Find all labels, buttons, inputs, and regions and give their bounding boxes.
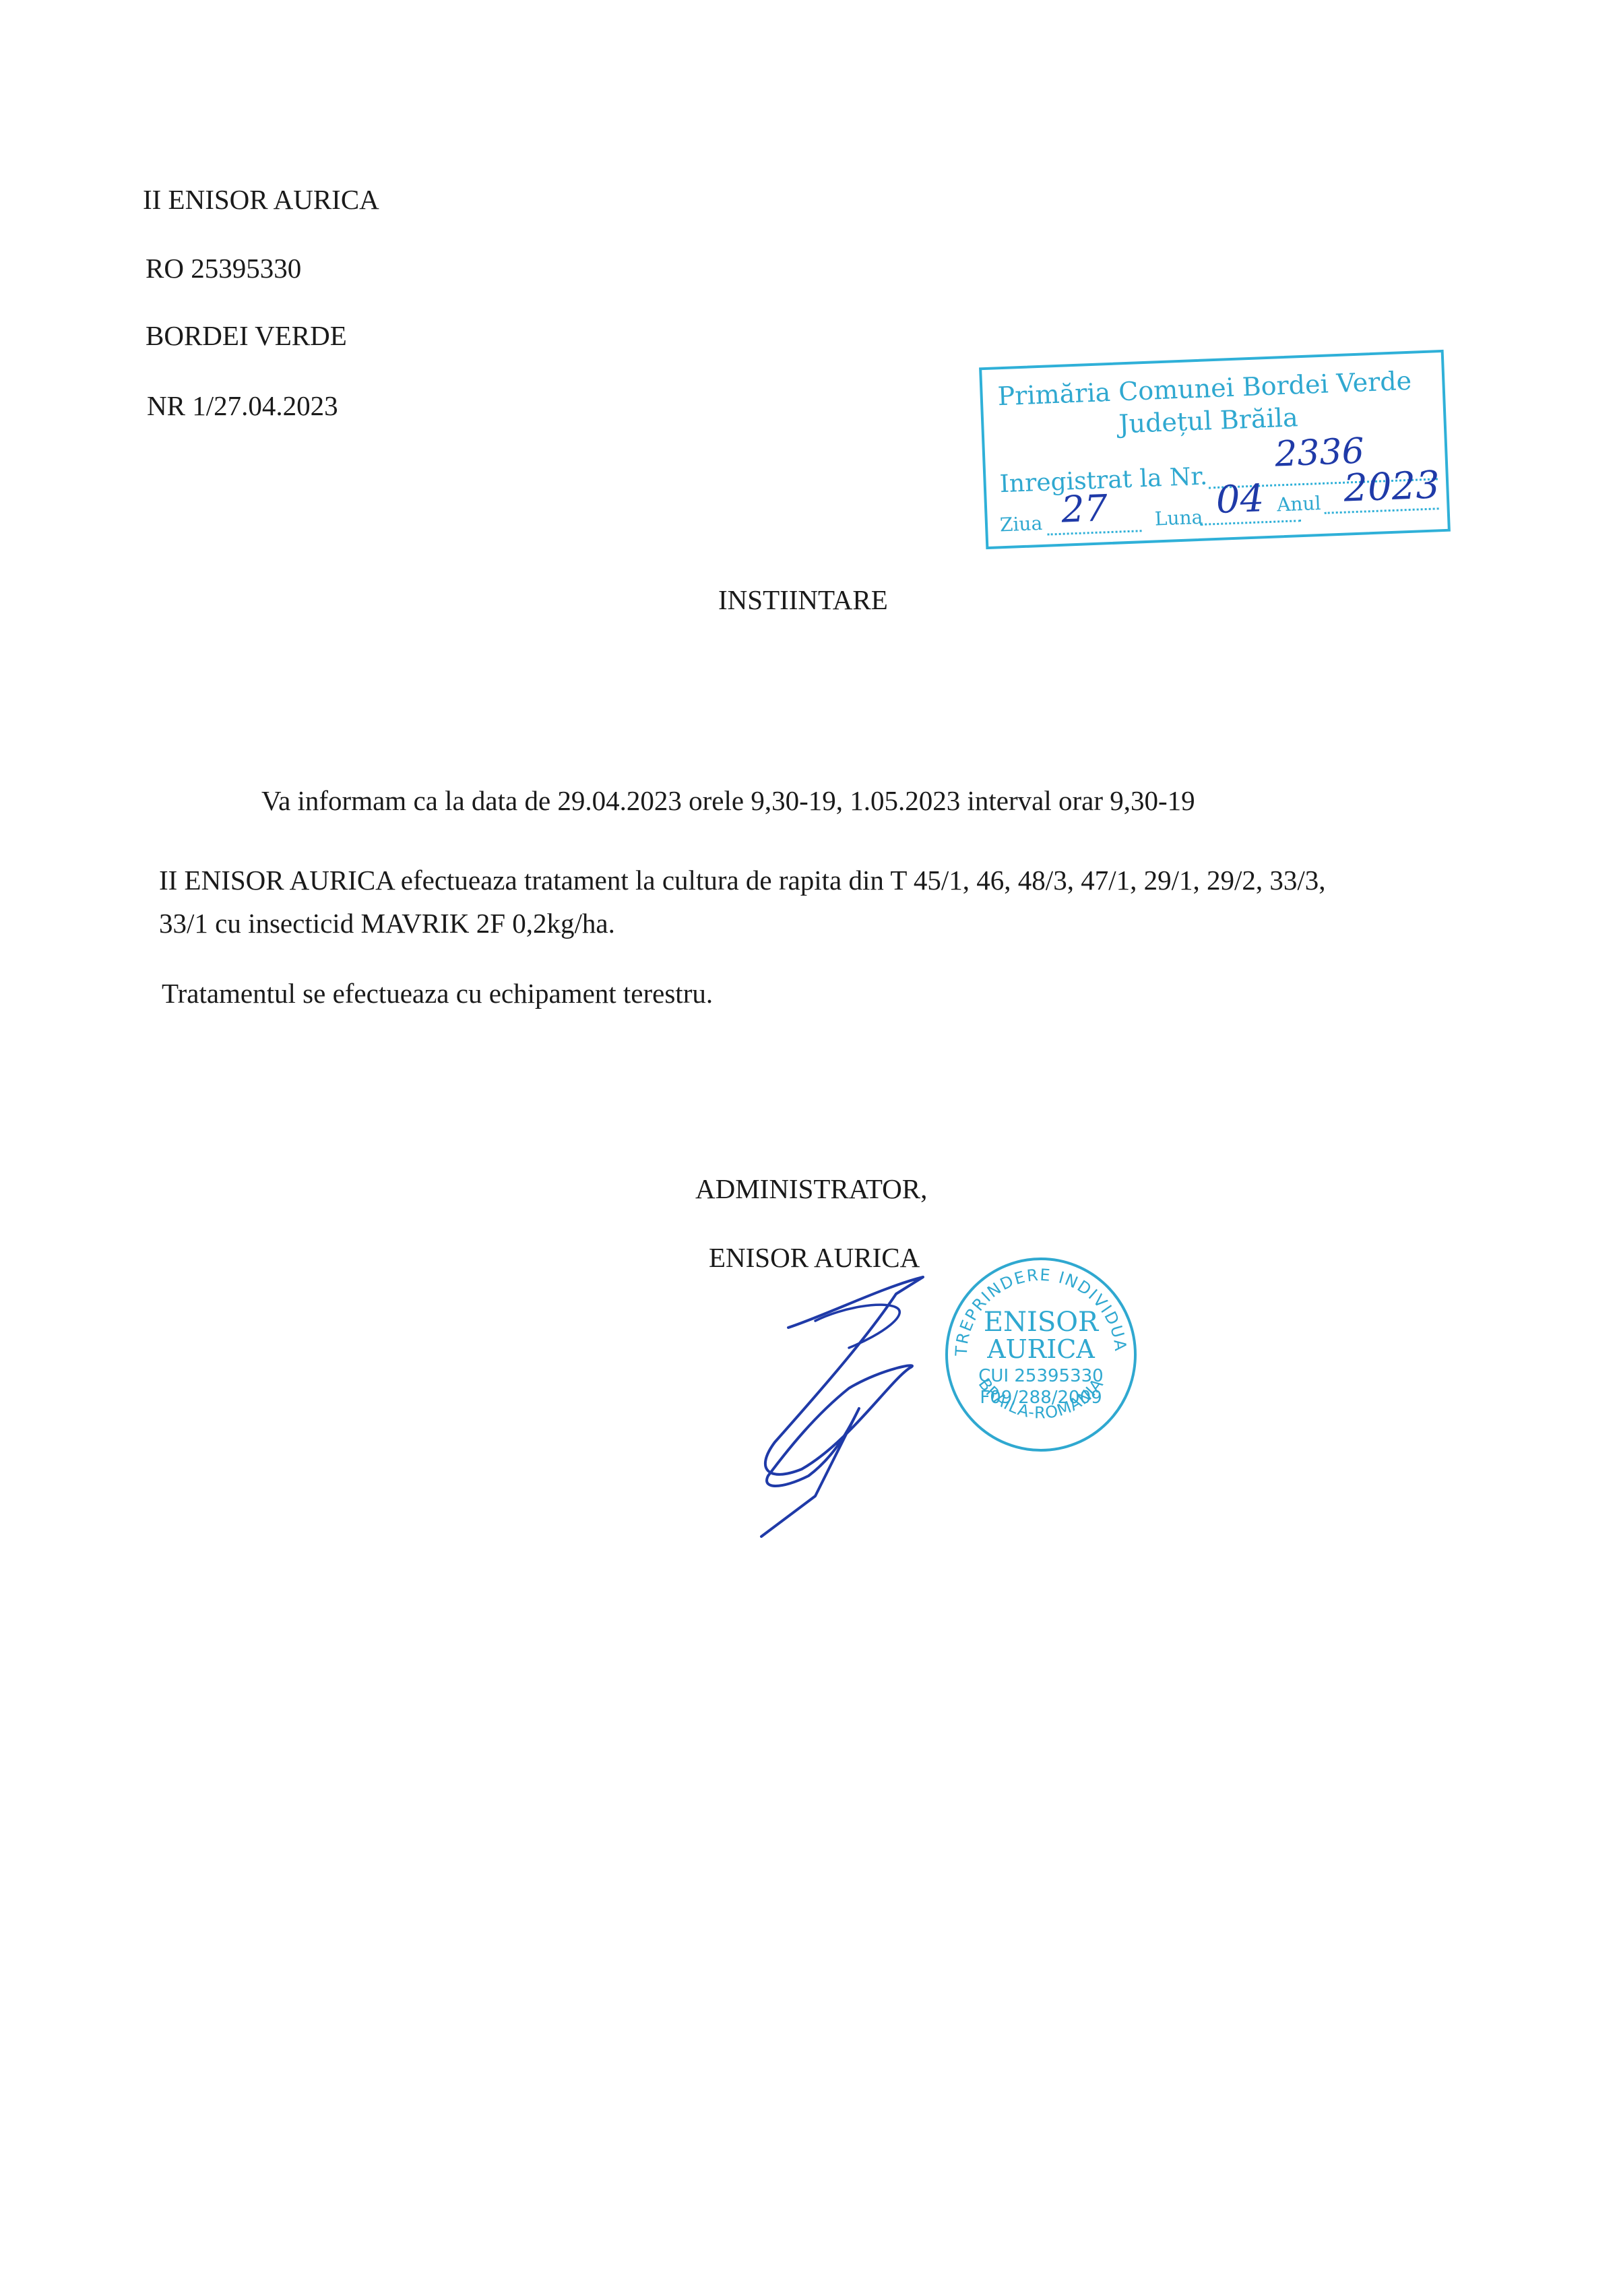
- signatory-role: ADMINISTRATOR,: [695, 1173, 927, 1205]
- body-paragraph-2-line-1: II ENISOR AURICA efectueaza tratament la…: [159, 864, 1326, 896]
- body-paragraph-1: Va informam ca la data de 29.04.2023 ore…: [261, 784, 1195, 817]
- stamp-year: 2023: [1343, 463, 1440, 510]
- stamp-year-label: Anul: [1277, 492, 1321, 516]
- seal-cui: CUI 25395330: [978, 1366, 1103, 1386]
- company-name: II ENISOR AURICA: [143, 183, 379, 216]
- body-paragraph-3: Tratamentul se efectueaza cu echipament …: [162, 977, 713, 1010]
- stamp-month: 04: [1215, 476, 1265, 522]
- stamp-month-label: Luna: [1154, 506, 1203, 530]
- company-seal: INTREPRINDERE INDIVIDUALA BRAILA-ROMANIA…: [940, 1253, 1142, 1456]
- seal-name-line-2: AURICA: [986, 1334, 1095, 1364]
- locality: BORDEI VERDE: [146, 319, 347, 352]
- signatory-name: ENISOR AURICA: [709, 1241, 920, 1274]
- stamp-line-1: Primăria Comunei Bordei Verde: [997, 366, 1412, 412]
- document-number: NR 1/27.04.2023: [147, 390, 338, 422]
- fiscal-code: RO 25395330: [146, 252, 301, 284]
- document-title: INSTIINTARE: [718, 584, 888, 616]
- registration-stamp: Primăria Comunei Bordei Verde Județul Br…: [979, 350, 1451, 549]
- seal-name-line-1: ENISOR: [984, 1307, 1100, 1338]
- handwritten-signature: [748, 1274, 950, 1543]
- stamp-day-label: Ziua: [999, 512, 1042, 536]
- body-paragraph-2-line-2: 33/1 cu insecticid MAVRIK 2F 0,2kg/ha.: [159, 907, 615, 939]
- stamp-day: 27: [1060, 487, 1108, 531]
- seal-registration: F09/288/2009: [980, 1388, 1102, 1408]
- stamp-line-2: Județul Brăila: [1118, 402, 1299, 439]
